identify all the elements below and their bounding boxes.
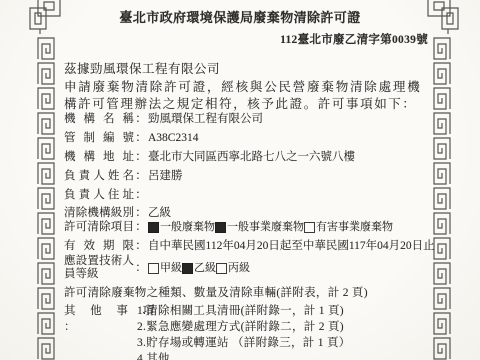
checkbox-icon [148, 222, 159, 233]
field-row-clearance-items: 許可清除項目 ： 一般廢棄物 一般事業廢棄物 有害事業廢棄物 [64, 220, 393, 234]
field-colon: ： [134, 112, 148, 126]
field-row-technician-level: 應設置技術人員等級 ： 甲級 乙級 丙級 [64, 255, 250, 281]
field-colon: ： [134, 261, 148, 275]
checkbox-label: 丙級 [228, 261, 250, 275]
technician-level-options: 甲級 乙級 丙級 [148, 261, 250, 275]
other-item-4: 4.其他 [137, 350, 170, 360]
greek-key-border-right [414, 0, 462, 360]
checkbox-label: 一般廢棄物 [160, 220, 215, 234]
field-row-org-name: 機構名稱 ： 勁風環保工程有限公司 [64, 112, 263, 126]
preamble-line: 茲據勁風環保工程有限公司 [64, 59, 220, 77]
field-colon: ： [134, 150, 148, 164]
other-item-2: 2.緊急應變處理方式(詳附錄二，計 2 頁) [137, 318, 344, 334]
checkbox-icon [215, 222, 226, 233]
field-label: 有效期限 [64, 239, 134, 253]
field-value: 乙級 [148, 206, 171, 220]
field-colon: ： [134, 188, 148, 202]
field-label: 許可清除項目 [64, 220, 134, 234]
checkbox-icon [216, 263, 227, 274]
waste-types-note: 許可清除廢棄物之種類、數量及清除車輛(詳附表，計 2 頁) [64, 284, 368, 300]
option-general-waste: 一般廢棄物 [148, 220, 215, 234]
field-colon: ： [134, 239, 148, 253]
field-row-org-level: 清除機構級別 ： 乙級 [64, 206, 171, 220]
option-class-b: 乙級 [182, 261, 216, 275]
field-row-control-number: 管制編號 ： A38C2314 [64, 131, 198, 145]
field-colon: ： [134, 220, 148, 234]
permit-title: 臺北市政府環境保護局廢棄物清除許可證 [0, 7, 480, 26]
clearance-options: 一般廢棄物 一般事業廢棄物 有害事業廢棄物 [148, 220, 393, 234]
field-label: 機構地址 [64, 150, 134, 164]
greek-key-border-left [26, 0, 66, 360]
field-row-org-address: 機構地址 ： 臺北市大同區西寧北路七八之一六號八樓 [64, 150, 355, 164]
other-items-colon: ： [64, 318, 76, 334]
field-label: 應設置技術人員等級 [64, 255, 134, 281]
option-class-a: 甲級 [148, 261, 182, 275]
checkbox-icon [182, 263, 193, 274]
checkbox-icon [148, 263, 159, 274]
field-label: 機構名稱 [64, 112, 134, 126]
field-label: 管制編號 [64, 131, 134, 145]
option-class-c: 丙級 [216, 261, 250, 275]
permit-document: 臺北市政府環境保護局廢棄物清除許可證 112臺北市廢乙清字第0039號 茲據勁風… [0, 0, 480, 360]
permit-number: 112臺北市廢乙清字第0039號 [280, 31, 428, 47]
field-value: 呂建勝 [148, 169, 183, 183]
field-row-owner-address: 負責人住址 ： [64, 188, 148, 202]
field-value: 勁風環保工程有限公司 [148, 112, 263, 126]
checkbox-icon [304, 222, 315, 233]
other-item-1: 1.清除相關工具清冊(詳附錄一，計 1 頁) [137, 302, 344, 318]
field-value: A38C2314 [148, 131, 198, 145]
field-colon: ： [134, 169, 148, 183]
field-row-owner-name: 負責人姓名 ： 呂建勝 [64, 169, 183, 183]
preamble-line: 申請廢棄物清除許可證，經核與公民營廢棄物清除處理機 [64, 77, 422, 95]
preamble-line: 構許可管理辦法之規定相符，核予此證。許可事項如下： [64, 94, 417, 112]
checkbox-label: 一般事業廢棄物 [227, 220, 304, 234]
field-label: 負責人住址 [64, 188, 134, 202]
checkbox-label: 有害事業廢棄物 [316, 220, 393, 234]
field-colon: ： [134, 131, 148, 145]
option-hazardous-industrial-waste: 有害事業廢棄物 [304, 220, 393, 234]
field-row-validity: 有效期限 ： 自中華民國112年04月20日起至中華民國117年04月20日止 [64, 239, 435, 253]
checkbox-label: 乙級 [194, 261, 216, 275]
checkbox-label: 甲級 [160, 261, 182, 275]
other-item-3: 3.貯存場或轉運站 （詳附錄三，計 1 頁） [137, 334, 351, 350]
field-label: 負責人姓名 [64, 169, 134, 183]
option-general-industrial-waste: 一般事業廢棄物 [215, 220, 304, 234]
field-label: 清除機構級別 [64, 206, 134, 220]
field-value: 臺北市大同區西寧北路七八之一六號八樓 [148, 150, 355, 164]
field-value: 自中華民國112年04月20日起至中華民國117年04月20日止 [148, 239, 435, 253]
field-colon: ： [134, 206, 148, 220]
